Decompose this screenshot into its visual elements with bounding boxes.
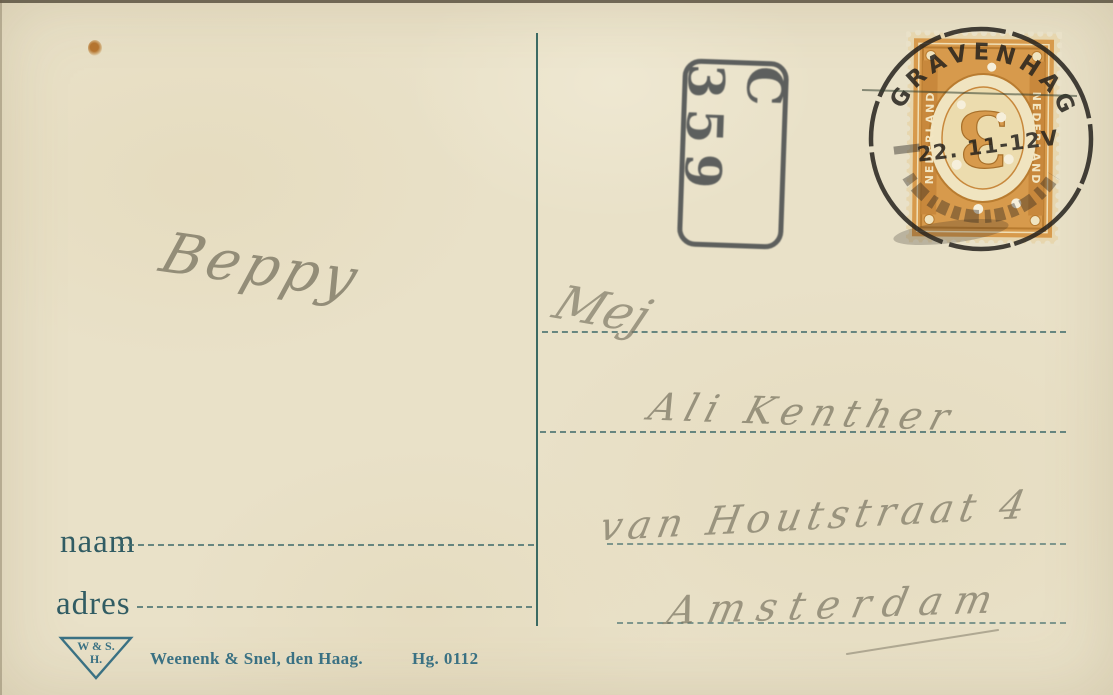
postmark-bottom-smudge bbox=[908, 176, 1054, 217]
center-divider-line bbox=[536, 33, 538, 626]
postmark-date: 22. 11-12V bbox=[916, 126, 1061, 167]
postcard-back: naam adres W & S. H. Weenenk & Snel, den… bbox=[0, 0, 1113, 695]
handwriting-city: Amsterdam bbox=[663, 577, 1008, 634]
handwriting-street: van Houtstraat 4 bbox=[596, 482, 1035, 550]
publisher-imprint: Weenenk & Snel, den Haag. bbox=[150, 649, 363, 669]
handwriting-salutation: Mej bbox=[545, 276, 660, 345]
foxing-stain bbox=[88, 40, 102, 56]
postmark: 'sGRAVENHAGE 22. 11-12V bbox=[856, 14, 1106, 264]
card-left-edge bbox=[0, 0, 2, 695]
publisher-logo-initials: W & S. bbox=[77, 639, 114, 653]
publisher-logo-city-initial: H. bbox=[90, 652, 102, 666]
publisher-logo-triangle: W & S. H. bbox=[58, 631, 134, 681]
name-ruled-line bbox=[118, 544, 534, 546]
name-label: naam bbox=[60, 524, 135, 561]
publisher-code: Hg. 0112 bbox=[412, 649, 479, 669]
address-ruled-line bbox=[137, 606, 532, 608]
address-label: adres bbox=[56, 586, 131, 623]
card-top-edge bbox=[0, 0, 1113, 3]
control-mark-box: C 359 bbox=[677, 58, 789, 250]
handwriting-underline-flourish bbox=[846, 629, 999, 655]
handwriting-front-note: Beppy bbox=[153, 221, 369, 311]
